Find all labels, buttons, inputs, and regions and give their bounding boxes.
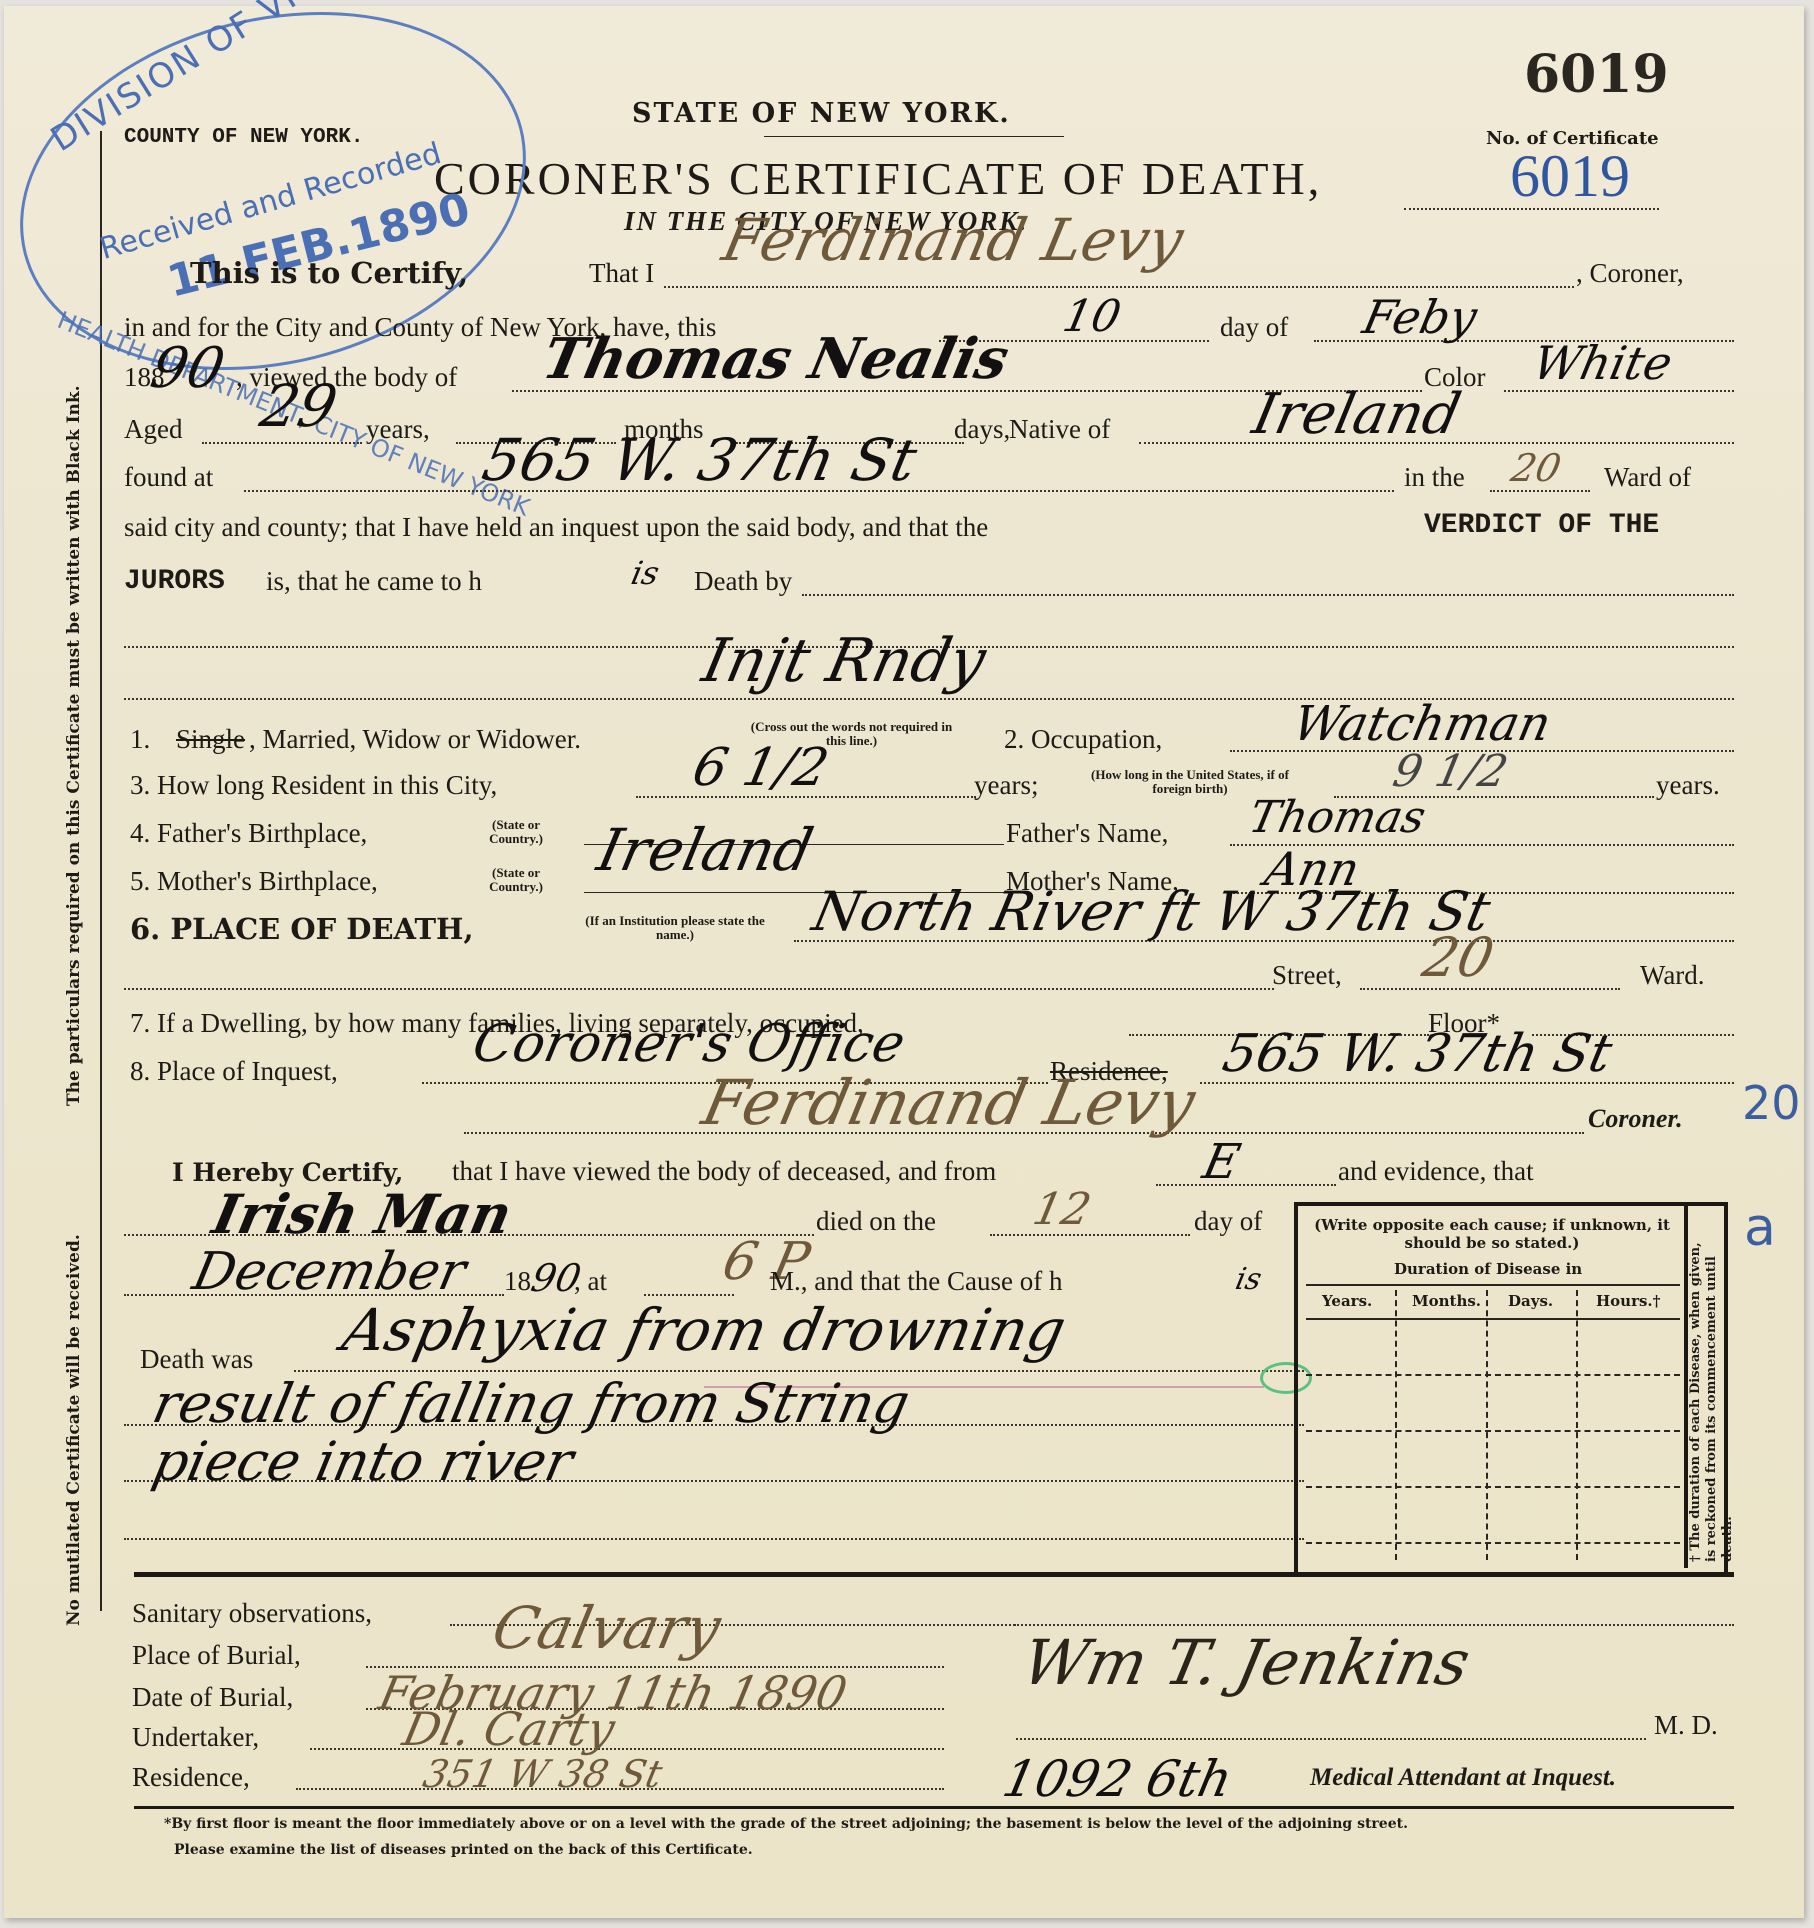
coroner-name-handwritten: Ferdinand Levy bbox=[717, 206, 1189, 274]
and-evidence-label: and evidence, that bbox=[1338, 1156, 1534, 1187]
father-name-value: Thomas bbox=[1245, 792, 1431, 843]
died-day-line bbox=[990, 1234, 1190, 1236]
left-margin-rule bbox=[100, 131, 102, 1611]
father-birthplace-note: (State or Country.) bbox=[486, 818, 546, 846]
native-value: Ireland bbox=[1247, 382, 1466, 447]
duration-col-months: Months. bbox=[1412, 1292, 1481, 1310]
death-by-line bbox=[802, 594, 1734, 596]
duration-row-1 bbox=[1306, 1374, 1680, 1376]
duration-heading: Duration of Disease in bbox=[1394, 1260, 1582, 1278]
death-by-value: Injt Rndy bbox=[697, 626, 992, 696]
footer-rule bbox=[134, 1806, 1734, 1809]
came-to-death-label: is, that he came to h bbox=[266, 566, 482, 597]
color-line bbox=[1504, 390, 1734, 392]
cause-line-1-value: Asphyxia from drowning bbox=[337, 1296, 1072, 1364]
cert-no-value: 6019 bbox=[1510, 142, 1630, 211]
residence-value: 565 W. 37th St bbox=[1218, 1024, 1618, 1084]
md-signature: Wm T. Jenkins bbox=[1016, 1626, 1476, 1699]
ward-label: Ward. bbox=[1640, 960, 1705, 991]
deceased-name: Thomas Nealis bbox=[537, 326, 1015, 392]
found-at-value: 565 W. 37th St bbox=[477, 426, 923, 494]
duration-row-2 bbox=[1306, 1430, 1680, 1432]
his-value: is bbox=[628, 554, 663, 592]
from-value: E bbox=[1198, 1134, 1245, 1190]
in-the-label: in the bbox=[1404, 462, 1465, 493]
margin-note-black-ink: The particulars required on this Certifi… bbox=[64, 385, 84, 1106]
item-1-marital: , Married, Widow or Widower. bbox=[249, 724, 581, 755]
duration-col-sep-1 bbox=[1395, 1290, 1397, 1560]
who-value: Irish Man bbox=[207, 1182, 517, 1246]
footnote-diseases: Please examine the list of diseases prin… bbox=[174, 1842, 753, 1858]
place-of-inquest-label: 8. Place of Inquest, bbox=[130, 1056, 338, 1087]
father-birthplace-value: Ireland bbox=[592, 816, 819, 884]
duration-col-days: Days. bbox=[1508, 1292, 1553, 1310]
at-label: , at bbox=[574, 1266, 607, 1297]
mother-birthplace-note: (State or Country.) bbox=[486, 866, 546, 894]
coroner-name-line bbox=[664, 286, 1574, 288]
duration-row-3 bbox=[1306, 1486, 1680, 1488]
undertaker-residence-value: 351 W 38 St bbox=[419, 1752, 666, 1796]
ward-number-line bbox=[1360, 988, 1620, 990]
died-day-of-label: day of bbox=[1194, 1206, 1262, 1237]
duration-heading-rule bbox=[1306, 1284, 1680, 1286]
undertaker-residence-label: Residence, bbox=[132, 1762, 250, 1793]
cert-no-line bbox=[1404, 208, 1659, 210]
that-i-label: That I bbox=[589, 258, 654, 289]
footnote-first-floor: *By first floor is meant the floor immed… bbox=[164, 1816, 1408, 1832]
duration-side-note: † The duration of each Disease, when giv… bbox=[1688, 1232, 1736, 1562]
duration-row-0 bbox=[1306, 1318, 1680, 1320]
month-value: Feby bbox=[1358, 290, 1482, 344]
undertaker-label: Undertaker, bbox=[132, 1722, 259, 1753]
certify-heading: This is to Certify, bbox=[190, 256, 468, 290]
us-years-label: years. bbox=[1656, 770, 1720, 801]
street-line bbox=[124, 988, 1274, 990]
md-address: 1092 6th bbox=[998, 1750, 1238, 1808]
undertaker-value: Dl. Carty bbox=[398, 1702, 619, 1756]
place-of-inquest-value: Coroner's Office bbox=[468, 1014, 911, 1074]
place-of-death-value: North River ft W 37th St bbox=[807, 880, 1496, 943]
md-label: M. D. bbox=[1654, 1710, 1718, 1741]
hereby-certify-text: that I have viewed the body of deceased,… bbox=[452, 1156, 996, 1187]
street-label: Street, bbox=[1272, 960, 1342, 991]
coroner-signature: Ferdinand Levy bbox=[696, 1066, 1201, 1139]
day-of-label: day of bbox=[1220, 312, 1288, 343]
burial-place-value: Calvary bbox=[487, 1594, 727, 1662]
cause-his-value: is bbox=[1232, 1262, 1264, 1297]
certificate-paper: The particulars required on this Certifi… bbox=[4, 6, 1804, 1918]
duration-col-sep-3 bbox=[1576, 1290, 1578, 1560]
duration-col-hours: Hours.† bbox=[1596, 1292, 1661, 1310]
age-years-value: 29 bbox=[255, 372, 343, 440]
age-line bbox=[202, 442, 362, 444]
father-name-label: Father's Name, bbox=[1006, 818, 1168, 849]
father-birthplace-label: 4. Father's Birthplace, bbox=[130, 818, 367, 849]
state-underline bbox=[764, 136, 1064, 137]
ward-of-label: Ward of bbox=[1604, 462, 1691, 493]
verdict-label: VERDICT OF THE bbox=[1424, 510, 1659, 541]
margin-blue-letter: a bbox=[1744, 1198, 1776, 1258]
duration-row-4 bbox=[1306, 1542, 1680, 1544]
duration-col-sep-2 bbox=[1486, 1290, 1488, 1560]
died-day-value: 12 bbox=[1029, 1184, 1096, 1235]
day-value: 10 bbox=[1059, 291, 1126, 342]
margin-blue-number: 20 bbox=[1742, 1076, 1801, 1130]
days-label: days, bbox=[954, 414, 1010, 445]
resident-years-label: years; bbox=[974, 770, 1038, 801]
duration-box bbox=[1294, 1202, 1728, 1576]
resident-label: 3. How long Resident in this City, bbox=[130, 770, 497, 801]
died-on-label: died on the bbox=[816, 1206, 936, 1237]
coroner-suffix: , Coroner, bbox=[1576, 258, 1684, 289]
death-by-label: Death by bbox=[694, 566, 792, 597]
year-value: 90 bbox=[145, 336, 230, 401]
jurors-label: JURORS bbox=[124, 566, 225, 597]
years-label: years, bbox=[366, 414, 430, 445]
md-signature-line bbox=[1016, 1738, 1646, 1740]
place-of-death-ward: 20 bbox=[1417, 926, 1499, 989]
place-of-death-label: 6. PLACE OF DEATH, bbox=[130, 912, 474, 946]
ward-line bbox=[1490, 490, 1590, 492]
item-1-number: 1. bbox=[130, 724, 150, 755]
cause-line-2-value: result of falling from String bbox=[147, 1372, 915, 1435]
inquest-paragraph: said city and county; that I have held a… bbox=[124, 512, 988, 543]
place-of-death-note: (If an Institution please state the name… bbox=[580, 914, 770, 942]
coroner-label: Coroner. bbox=[1588, 1104, 1683, 1134]
resident-value: 6 1/2 bbox=[688, 738, 834, 798]
occupation-label: 2. Occupation, bbox=[1004, 724, 1162, 755]
cause-intro-label: M., and that the Cause of h bbox=[770, 1266, 1062, 1297]
occupation-value: Watchman bbox=[1288, 696, 1556, 752]
burial-date-label: Date of Burial, bbox=[132, 1682, 293, 1713]
cause-line-3-value: piece into river bbox=[147, 1430, 578, 1493]
color-value: White bbox=[1528, 336, 1677, 390]
native-label: Native of bbox=[1009, 414, 1110, 445]
item-1-single-crossed: Single bbox=[176, 724, 245, 755]
burial-place-label: Place of Burial, bbox=[132, 1640, 301, 1671]
margin-note-mutilated: No mutilated Certificate will be receive… bbox=[64, 1234, 84, 1626]
died-year-prefix: 18 bbox=[504, 1266, 531, 1297]
us-resident-value: 9 1/2 bbox=[1389, 746, 1513, 797]
ward-value: 20 bbox=[1507, 446, 1565, 490]
mother-birthplace-label: 5. Mother's Birthplace, bbox=[130, 866, 378, 897]
aged-label: Aged bbox=[124, 414, 182, 445]
sanitary-label: Sanitary observations, bbox=[132, 1598, 372, 1629]
found-at-label: found at bbox=[124, 462, 213, 493]
died-month-value: December bbox=[188, 1242, 471, 1302]
from-line bbox=[1156, 1184, 1336, 1186]
section-divider bbox=[134, 1572, 1734, 1577]
duration-col-years: Years. bbox=[1322, 1292, 1372, 1310]
death-was-label: Death was bbox=[140, 1344, 253, 1375]
duration-note: (Write opposite each cause; if unknown, … bbox=[1304, 1216, 1680, 1252]
stamped-number: 6019 bbox=[1524, 44, 1669, 105]
medical-attendant-label: Medical Attendant at Inquest. bbox=[1310, 1764, 1616, 1792]
certificate-title: CORONER'S CERTIFICATE OF DEATH, bbox=[434, 152, 1322, 205]
cause-line-4 bbox=[124, 1538, 1304, 1540]
state-header: STATE OF NEW YORK. bbox=[632, 98, 1011, 129]
